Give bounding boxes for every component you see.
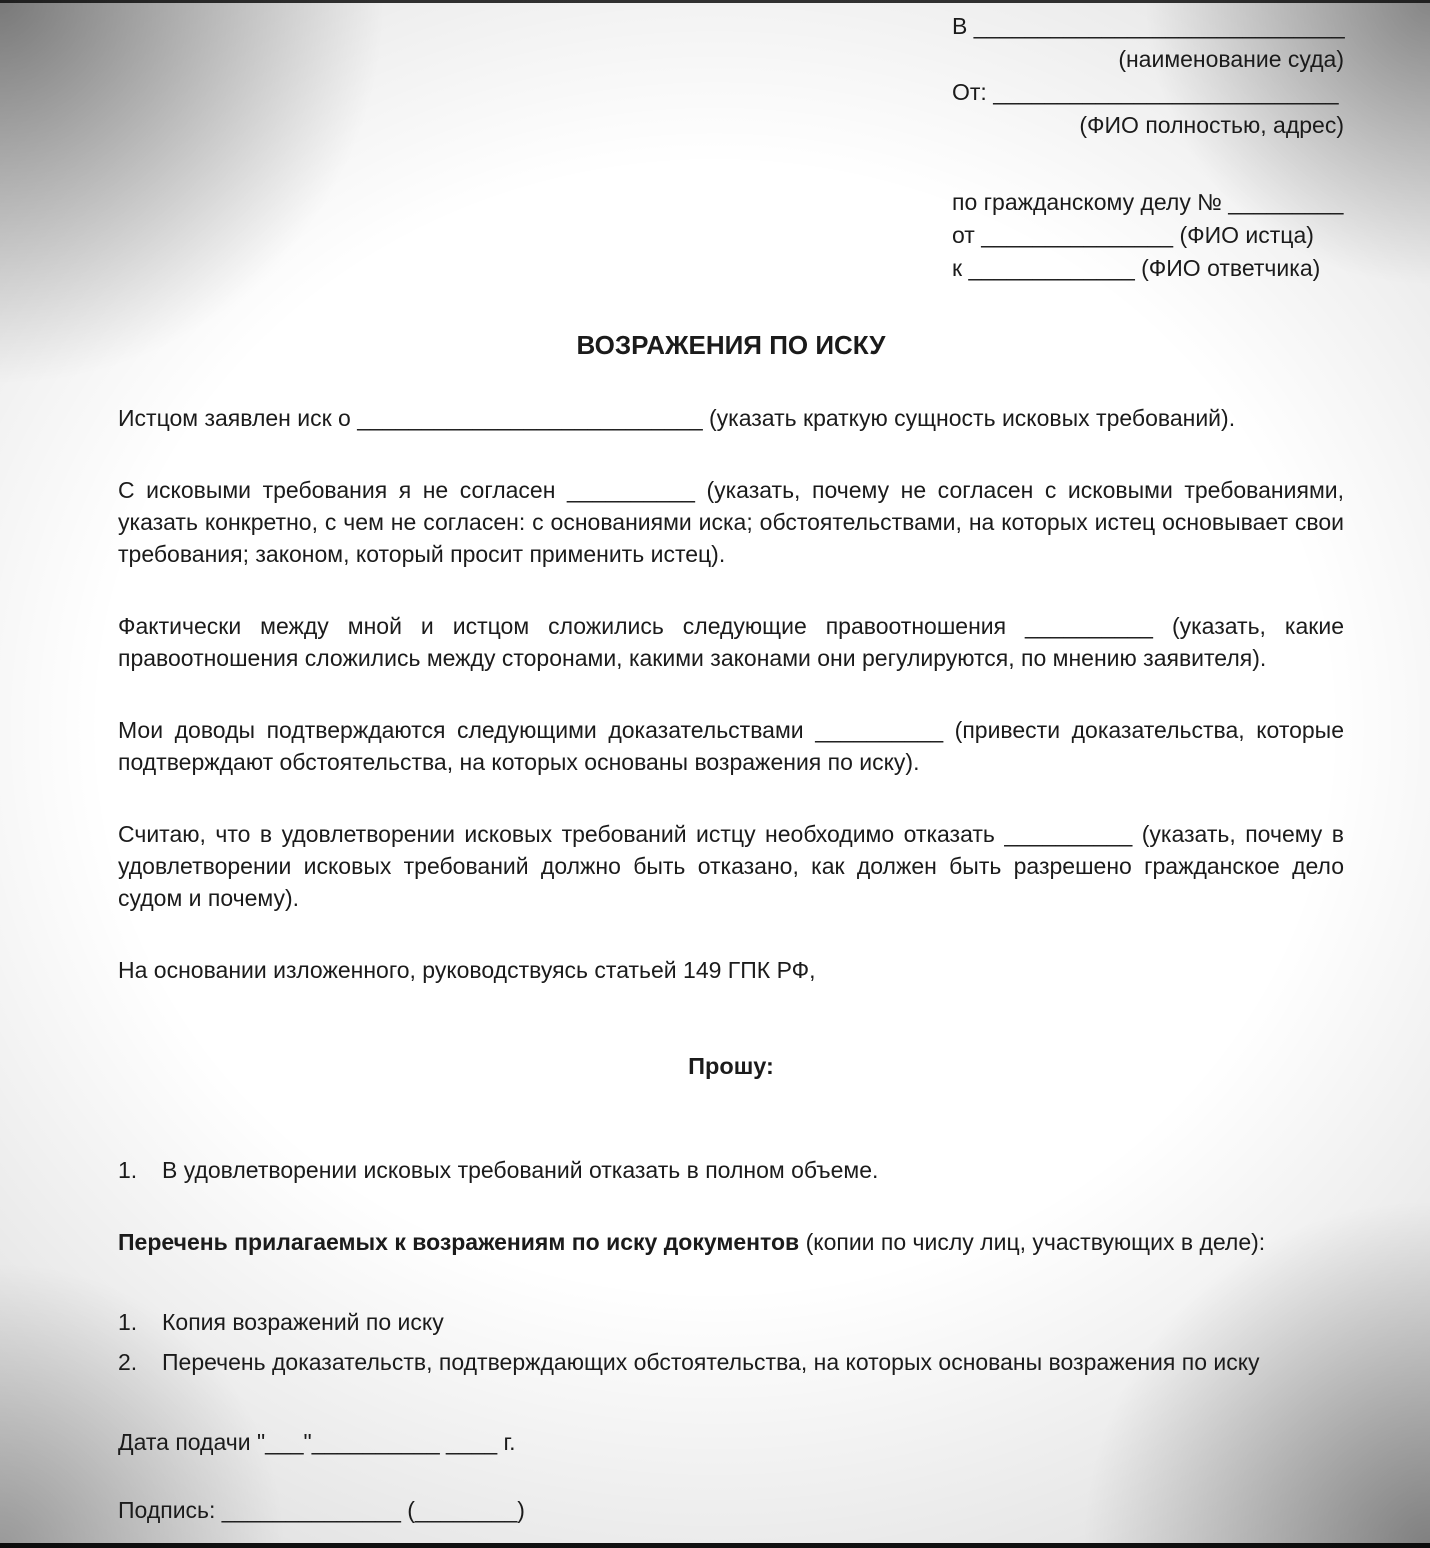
from-prefix: От: — [952, 79, 993, 105]
from-hint: (ФИО полностью, адрес) — [952, 109, 1344, 142]
from-line: От: ___________________________ — [952, 76, 1344, 109]
list-item: 1. Копия возражений по иску — [118, 1302, 1344, 1342]
attachments-list: 1. Копия возражений по иску 2. Перечень … — [118, 1302, 1344, 1382]
attachments-heading-rest: (копии по числу лиц, участвующих в деле)… — [799, 1229, 1265, 1255]
page-title: ВОЗРАЖЕНИЯ ПО ИСКУ — [118, 329, 1344, 362]
court-name-prefix: В — [952, 13, 974, 39]
paragraph-refusal-reason: Считаю, что в удовлетворении исковых тре… — [118, 818, 1344, 914]
court-name-hint: (наименование суда) — [952, 43, 1344, 76]
case-number-line: по гражданскому делу № _________ — [952, 186, 1344, 219]
plaintiff-line: от _______________ (ФИО истца) — [952, 219, 1344, 252]
list-item: 1. В удовлетворении исковых требований о… — [118, 1154, 1344, 1186]
signature-line: Подпись: ______________ (________) — [118, 1494, 1344, 1526]
paragraph-disagreement: С исковыми требования я не согласен ____… — [118, 474, 1344, 570]
court-name-blank: _____________________________ — [974, 13, 1345, 39]
list-item-text: Перечень доказательств, подтверждающих о… — [162, 1342, 1344, 1382]
paragraph-legal-relations: Фактически между мной и истцом сложились… — [118, 610, 1344, 674]
filing-date-line: Дата подачи "___"__________ ____ г. — [118, 1426, 1344, 1458]
paragraph-claim-essence: Истцом заявлен иск о ___________________… — [118, 402, 1344, 434]
document-page: В _____________________________ (наимено… — [0, 0, 1430, 1548]
paragraph-legal-basis: На основании изложенного, руководствуясь… — [118, 954, 1344, 986]
header-spacer — [952, 142, 1344, 186]
attachments-heading-bold: Перечень прилагаемых к возражениям по ис… — [118, 1229, 799, 1255]
list-item-text: Копия возражений по иску — [162, 1302, 1344, 1342]
paragraph-evidence: Мои доводы подтверждаются следующими док… — [118, 714, 1344, 778]
court-name-line: В _____________________________ — [952, 10, 1344, 43]
list-item-text: В удовлетворении исковых требований отка… — [162, 1154, 1344, 1186]
from-blank: ___________________________ — [993, 79, 1338, 105]
request-list: 1. В удовлетворении исковых требований о… — [118, 1154, 1344, 1186]
request-heading: Прошу: — [118, 1050, 1344, 1082]
defendant-line: к _____________ (ФИО ответчика) — [952, 252, 1344, 285]
attachments-heading: Перечень прилагаемых к возражениям по ис… — [118, 1226, 1344, 1258]
court-header-block: В _____________________________ (наимено… — [952, 10, 1344, 285]
list-item-number: 1. — [118, 1302, 162, 1342]
list-item: 2. Перечень доказательств, подтверждающи… — [118, 1342, 1344, 1382]
document-sheet: В _____________________________ (наимено… — [0, 0, 1430, 1526]
list-item-number: 1. — [118, 1154, 162, 1186]
list-item-number: 2. — [118, 1342, 162, 1382]
